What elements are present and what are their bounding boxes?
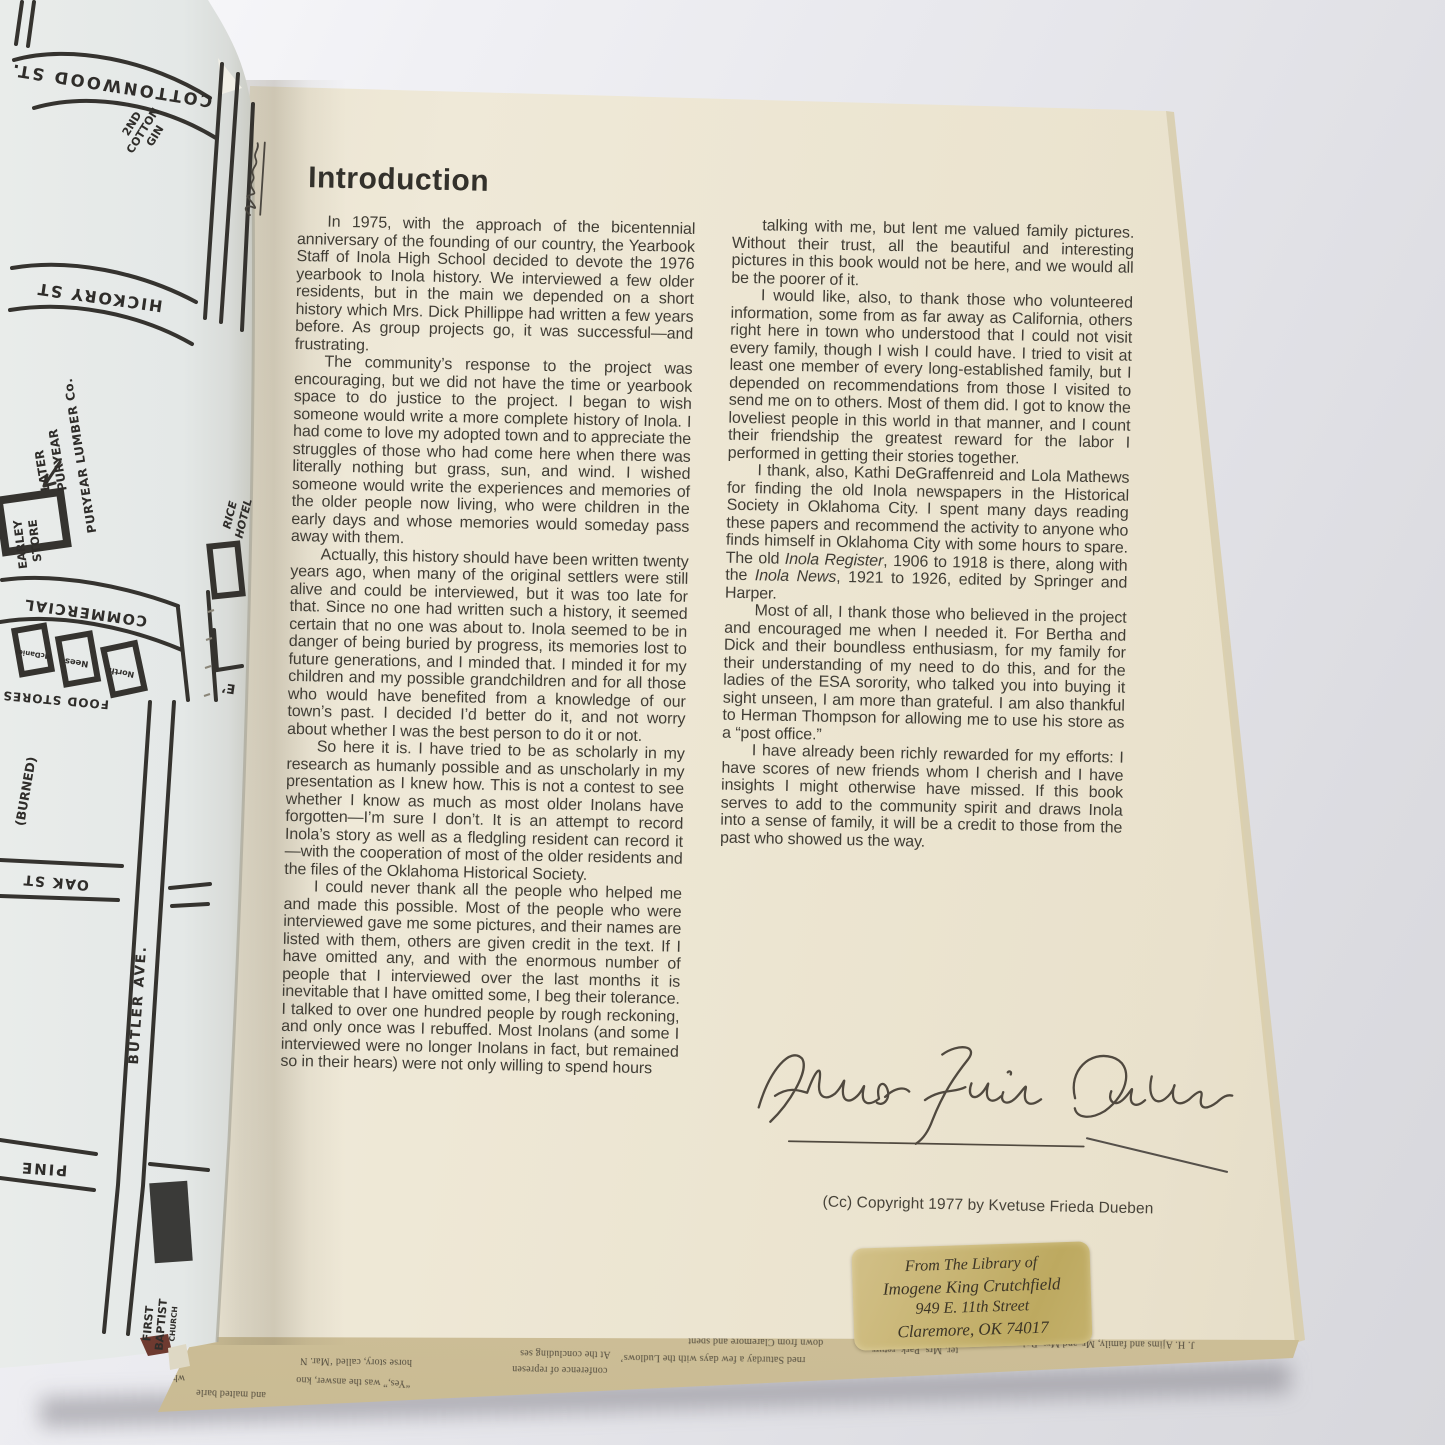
paragraph: Most of all, I thank those who believed … [722,602,1127,750]
paragraph: talking with me, but lent me valued fami… [731,217,1134,295]
right-text-column: talking with me, but lent me valued fami… [720,217,1135,855]
italic-title: Inola Register [785,550,884,569]
introduction-page-content: Introduction In 1975, with the approach … [224,88,1229,1387]
paragraph: I have already been richly rewarded for … [720,742,1124,855]
paragraph: So here it is. I have tried to be as sch… [284,738,685,886]
church-block [149,1181,192,1263]
binding-chip [168,1344,190,1370]
street-label-pine: PINE [19,1158,68,1179]
author-signature [743,1011,1247,1190]
paragraph: I would like, also, to thank those who v… [728,287,1133,470]
paragraph: The community’s response to the project … [291,353,693,553]
left-page-map: COTTONWOOD ST. 2ND COTTON GIN HICKORY ST… [0,0,270,1445]
left-text-column: In 1975, with the approach of the bicent… [280,213,695,1078]
paragraph: In 1975, with the approach of the bicent… [295,213,696,361]
page-title: Introduction [308,161,490,199]
paragraph: I thank, also, Kathi DeGraffenreid and L… [725,462,1130,610]
library-sticker: From The Library of Imogene King Crutchf… [851,1241,1092,1350]
photo-of-open-book: { "book": { "heading": "Introduction", "… [0,0,1445,1445]
italic-title: Inola News [755,567,837,586]
newsprint-fragment: “Yes,” was the answer, kno [296,1374,411,1389]
label-e-mark: E’ [221,679,237,696]
signature-strokes [758,1042,1234,1154]
paragraph: Actually, this history should have been … [287,545,689,745]
paragraph: I could never thank all the people who h… [280,878,682,1078]
